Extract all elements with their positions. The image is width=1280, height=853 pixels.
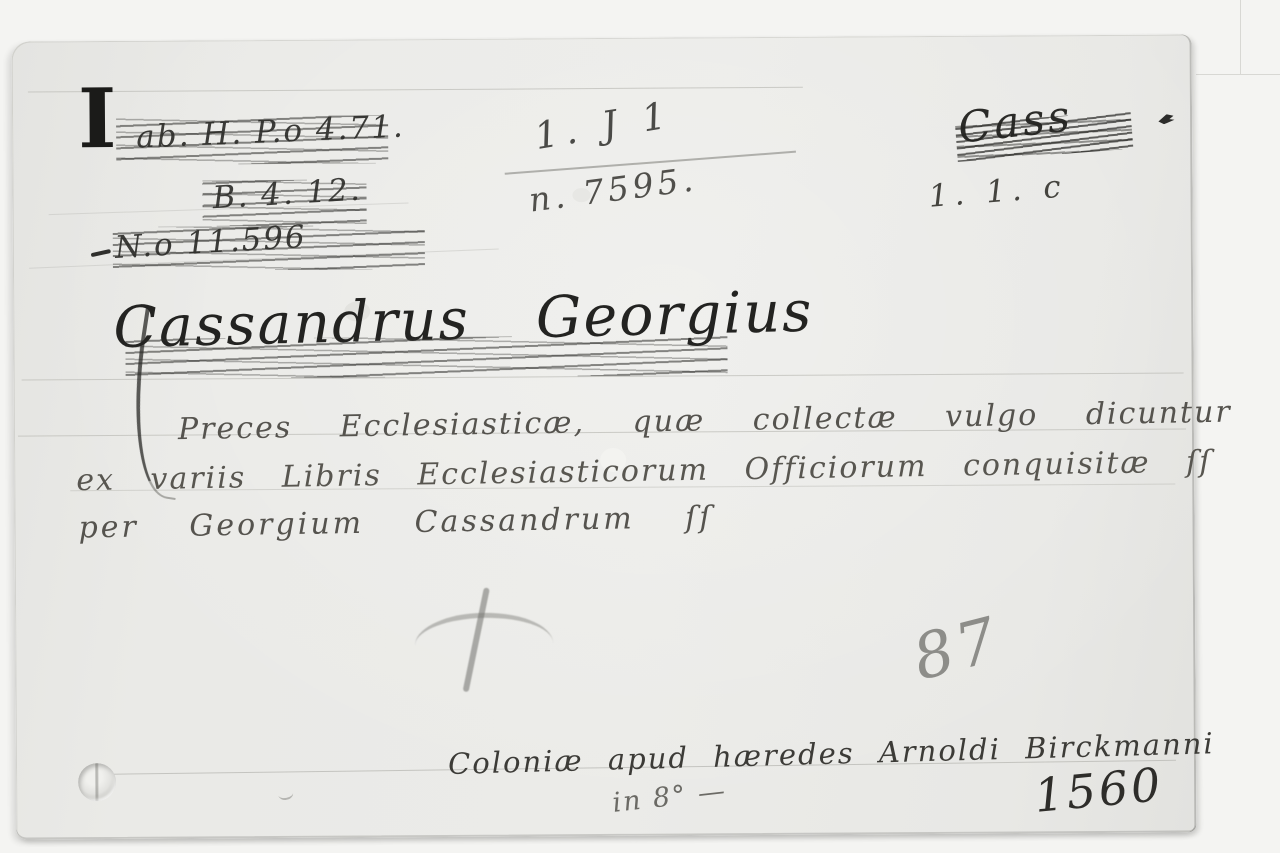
title-line-2: ex variis Libris Ecclesiasticorum Offici… bbox=[76, 444, 1213, 498]
scanned-catalog-card-page: I ab. H. P.o 4.71. B. 4. 12. N.o 11.596 … bbox=[0, 0, 1280, 853]
title-line-1: Preces Ecclesiasticæ, quæ collectæ vulgo… bbox=[178, 395, 1232, 447]
rule-line bbox=[22, 372, 1184, 380]
imprint-year: 1560 bbox=[1032, 757, 1166, 823]
corner-class-mark: 1. 1. c bbox=[927, 168, 1068, 214]
cancelled-corner-word: Cass bbox=[956, 91, 1075, 153]
pencil-squiggle bbox=[277, 787, 294, 801]
pencil-number: 87 bbox=[906, 602, 1008, 694]
cancelled-shelfmark-2: B. 4. 12. bbox=[212, 172, 363, 217]
cancelled-shelfmark-1: ab. H. P.o 4.71. bbox=[136, 109, 406, 156]
rule-line bbox=[28, 87, 803, 93]
pencil-cross-mark bbox=[415, 586, 566, 699]
accession-stamp-letter: I bbox=[78, 71, 117, 167]
format-note: in 8° — bbox=[611, 775, 729, 819]
backdrop-vertical-seam bbox=[1240, 0, 1241, 75]
ink-fleck bbox=[1157, 113, 1175, 126]
card-heading: Cassandrus Georgius bbox=[113, 279, 814, 361]
shelfmark-top: 1. J 1 bbox=[532, 93, 676, 158]
backdrop-horizontal-seam bbox=[1196, 74, 1280, 75]
punch-hole bbox=[78, 763, 116, 801]
catalog-card: I ab. H. P.o 4.71. B. 4. 12. N.o 11.596 … bbox=[12, 34, 1197, 839]
ink-dash bbox=[91, 249, 111, 257]
pencil-cross-horizontal bbox=[414, 609, 555, 680]
title-line-3: per Georgium Cassandrum ſſ bbox=[78, 500, 713, 546]
cancelled-shelfmark-3: N.o 11.596 bbox=[114, 219, 308, 266]
